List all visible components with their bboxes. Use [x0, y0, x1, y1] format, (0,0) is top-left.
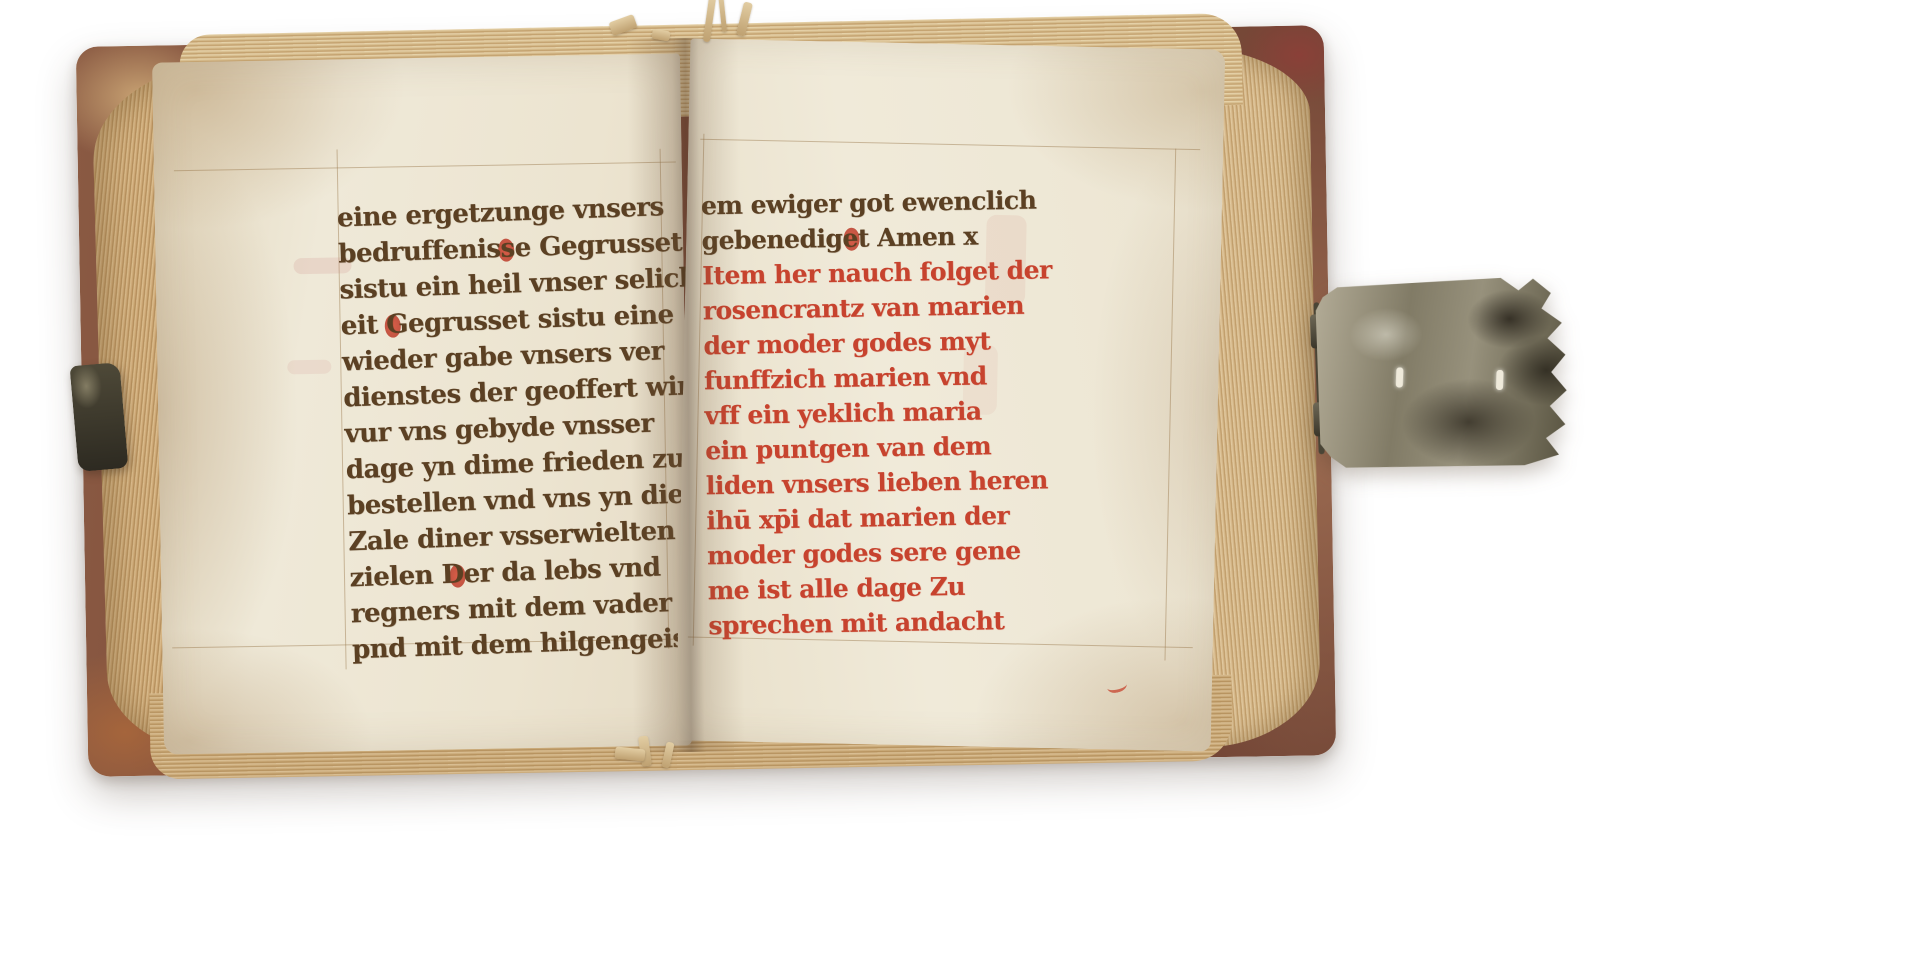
- clasp-slot-highlight: [1496, 370, 1504, 390]
- left-page-vellum: eine ergetzunge vnsers bedruffenisse Geg…: [152, 53, 692, 754]
- manuscript-photo: eine ergetzunge vnsers bedruffenisse Geg…: [0, 0, 1920, 975]
- right-page-vellum: em ewiger got ewenclich gebenediget Amen…: [676, 38, 1226, 751]
- clasp-catch-remnant: [69, 362, 128, 472]
- ruling-line-top: [174, 162, 676, 172]
- ink-showthrough-stain: [287, 360, 331, 375]
- clasp-plate: [1315, 276, 1569, 473]
- clasp-slot-highlight: [1396, 367, 1404, 387]
- manuscript-rubric-line: sprechen mit andacht: [708, 602, 1097, 644]
- gutter-shadow: [627, 38, 745, 753]
- red-flourish-mark: [1106, 678, 1128, 695]
- right-page-text-block: em ewiger got ewenclich gebenediget Amen…: [701, 182, 1097, 644]
- ruling-line-right-margin: [1164, 149, 1176, 661]
- metal-clasp: [1315, 276, 1569, 473]
- ruling-line-top: [700, 139, 1200, 150]
